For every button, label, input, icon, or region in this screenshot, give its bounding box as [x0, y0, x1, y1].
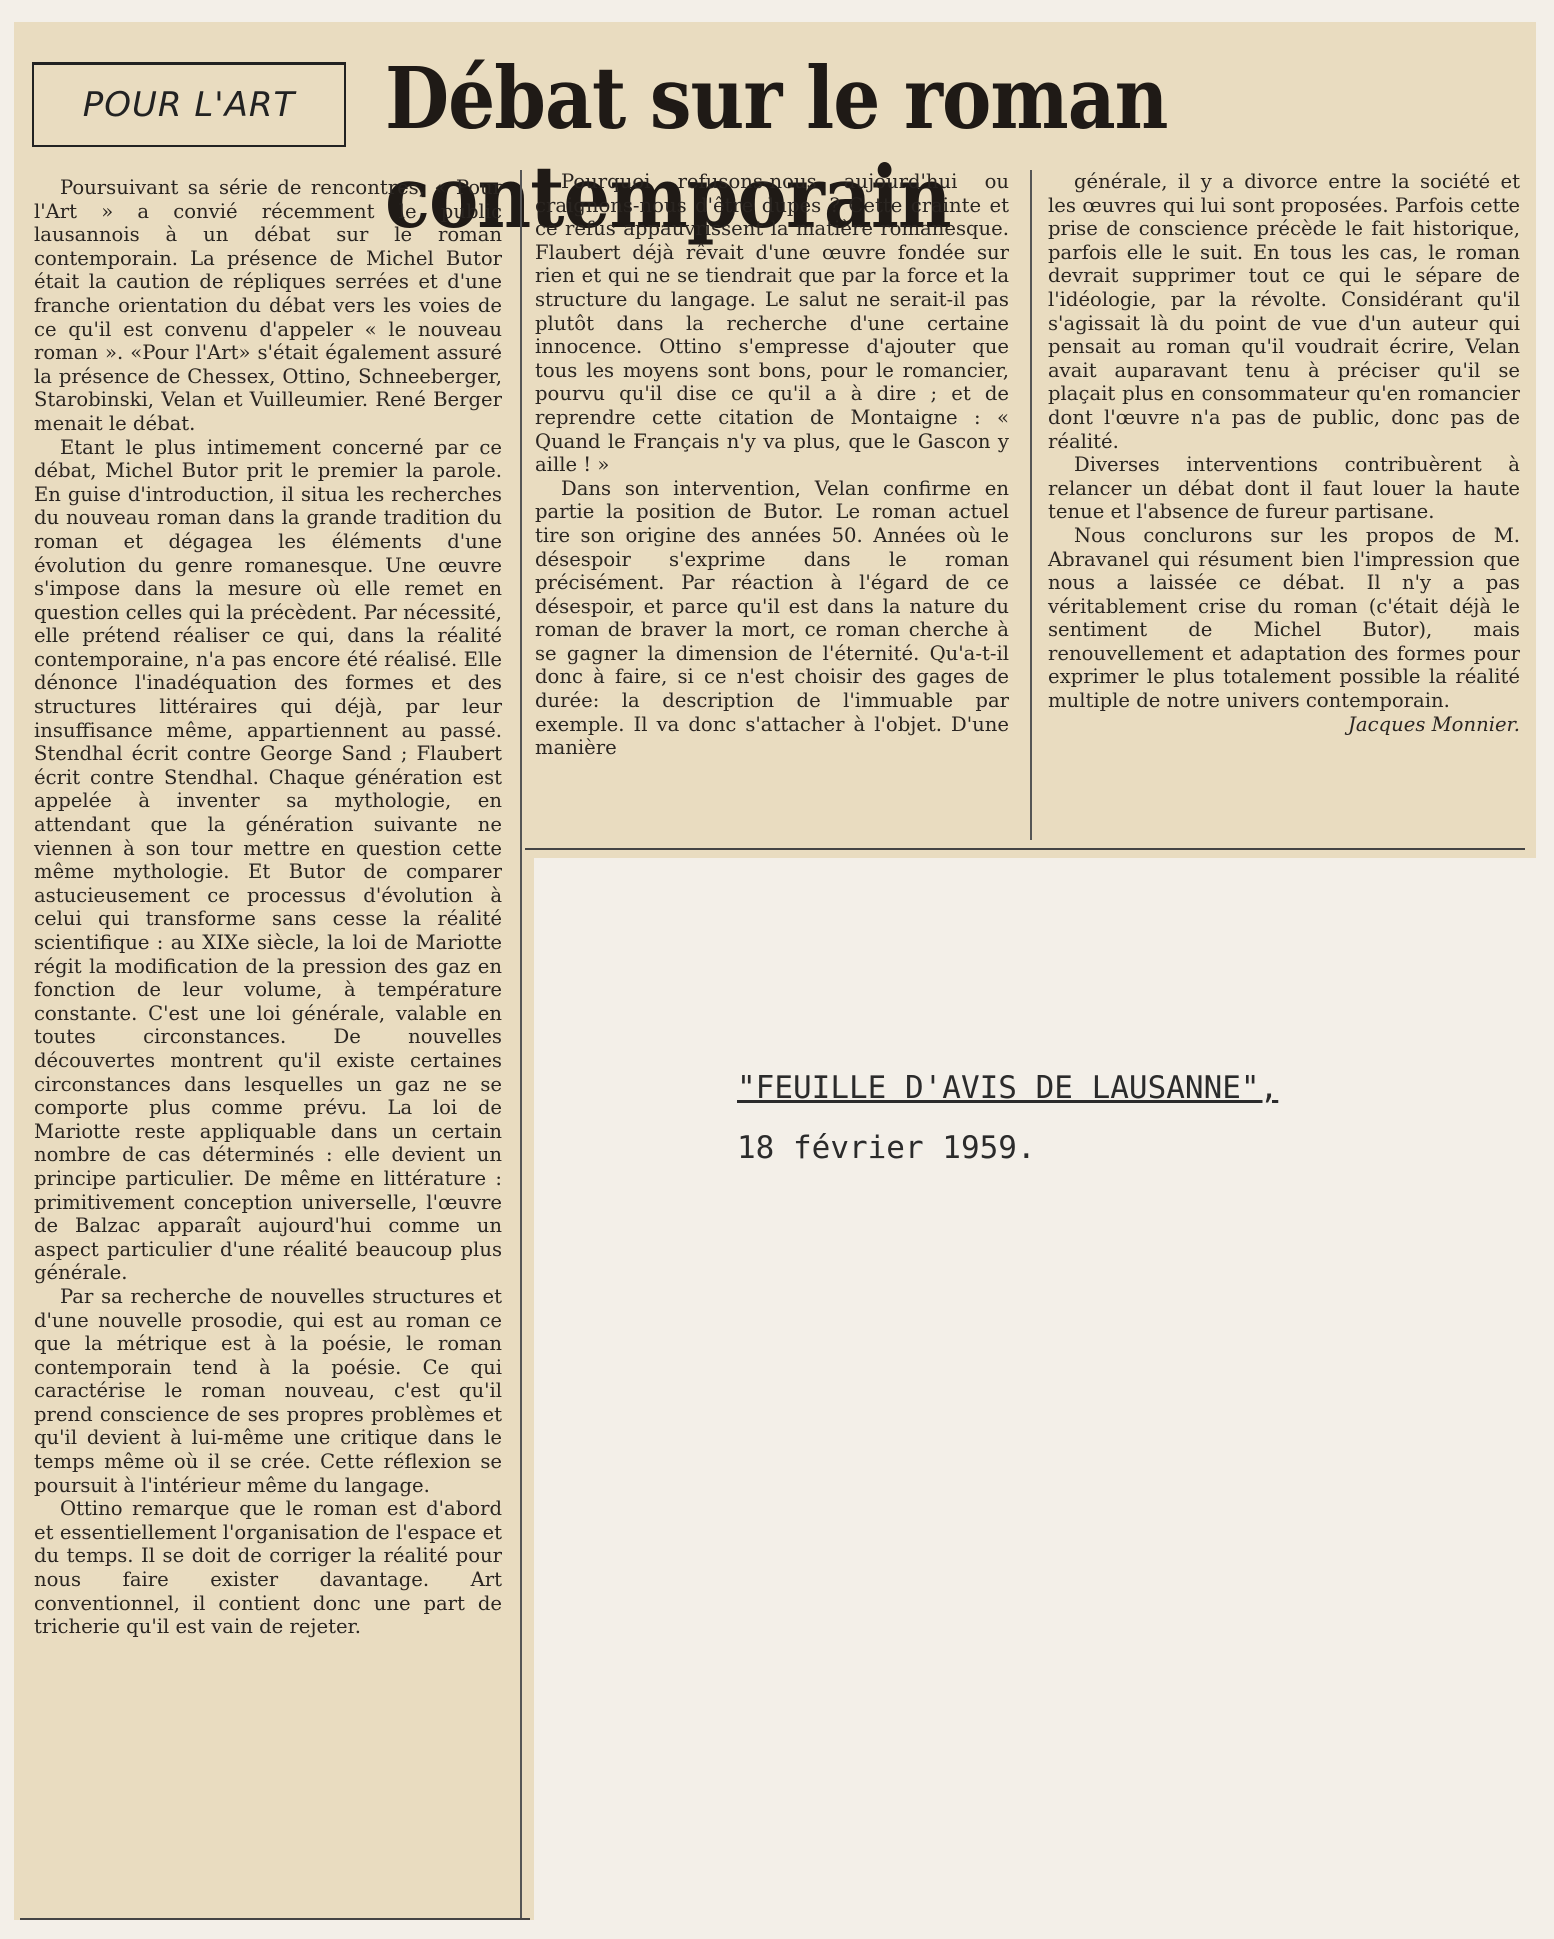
- date-annotation: 18 février 1959.: [737, 1130, 1036, 1166]
- paragraph: Nous conclurons sur les propos de M. Abr…: [1048, 524, 1520, 713]
- paragraph: Par sa recherche de nouvelles structures…: [34, 1285, 502, 1497]
- bottom-rule: [20, 1918, 530, 1920]
- paragraph: Ottino remarque que le roman est d'abord…: [34, 1497, 502, 1639]
- signature: Jacques Monnier.: [1048, 713, 1520, 737]
- paragraph: Pourquoi refusons-nous aujourd'hui ou cr…: [535, 170, 1009, 477]
- paragraph: Poursuivant sa série de rencontres, « Po…: [34, 176, 502, 436]
- article-column-3: générale, il y a divorce entre la sociét…: [1048, 170, 1520, 736]
- paragraph: Etant le plus intimement concerné par ce…: [34, 436, 502, 1285]
- article-column-1: Poursuivant sa série de rencontres, « Po…: [34, 176, 502, 1639]
- column-divider: [1030, 170, 1032, 840]
- paragraph: générale, il y a divorce entre la sociét…: [1048, 170, 1520, 453]
- bottom-rule: [525, 848, 1525, 850]
- rubric-box: POUR L'ART: [32, 62, 346, 147]
- column-divider: [520, 170, 522, 1920]
- source-annotation: "FEUILLE D'AVIS DE LAUSANNE",: [737, 1070, 1278, 1106]
- paragraph: Dans son intervention, Velan confirme en…: [535, 477, 1009, 760]
- paragraph: Diverses interventions contribuèrent à r…: [1048, 453, 1520, 524]
- article-column-2: Pourquoi refusons-nous aujourd'hui ou cr…: [535, 170, 1009, 760]
